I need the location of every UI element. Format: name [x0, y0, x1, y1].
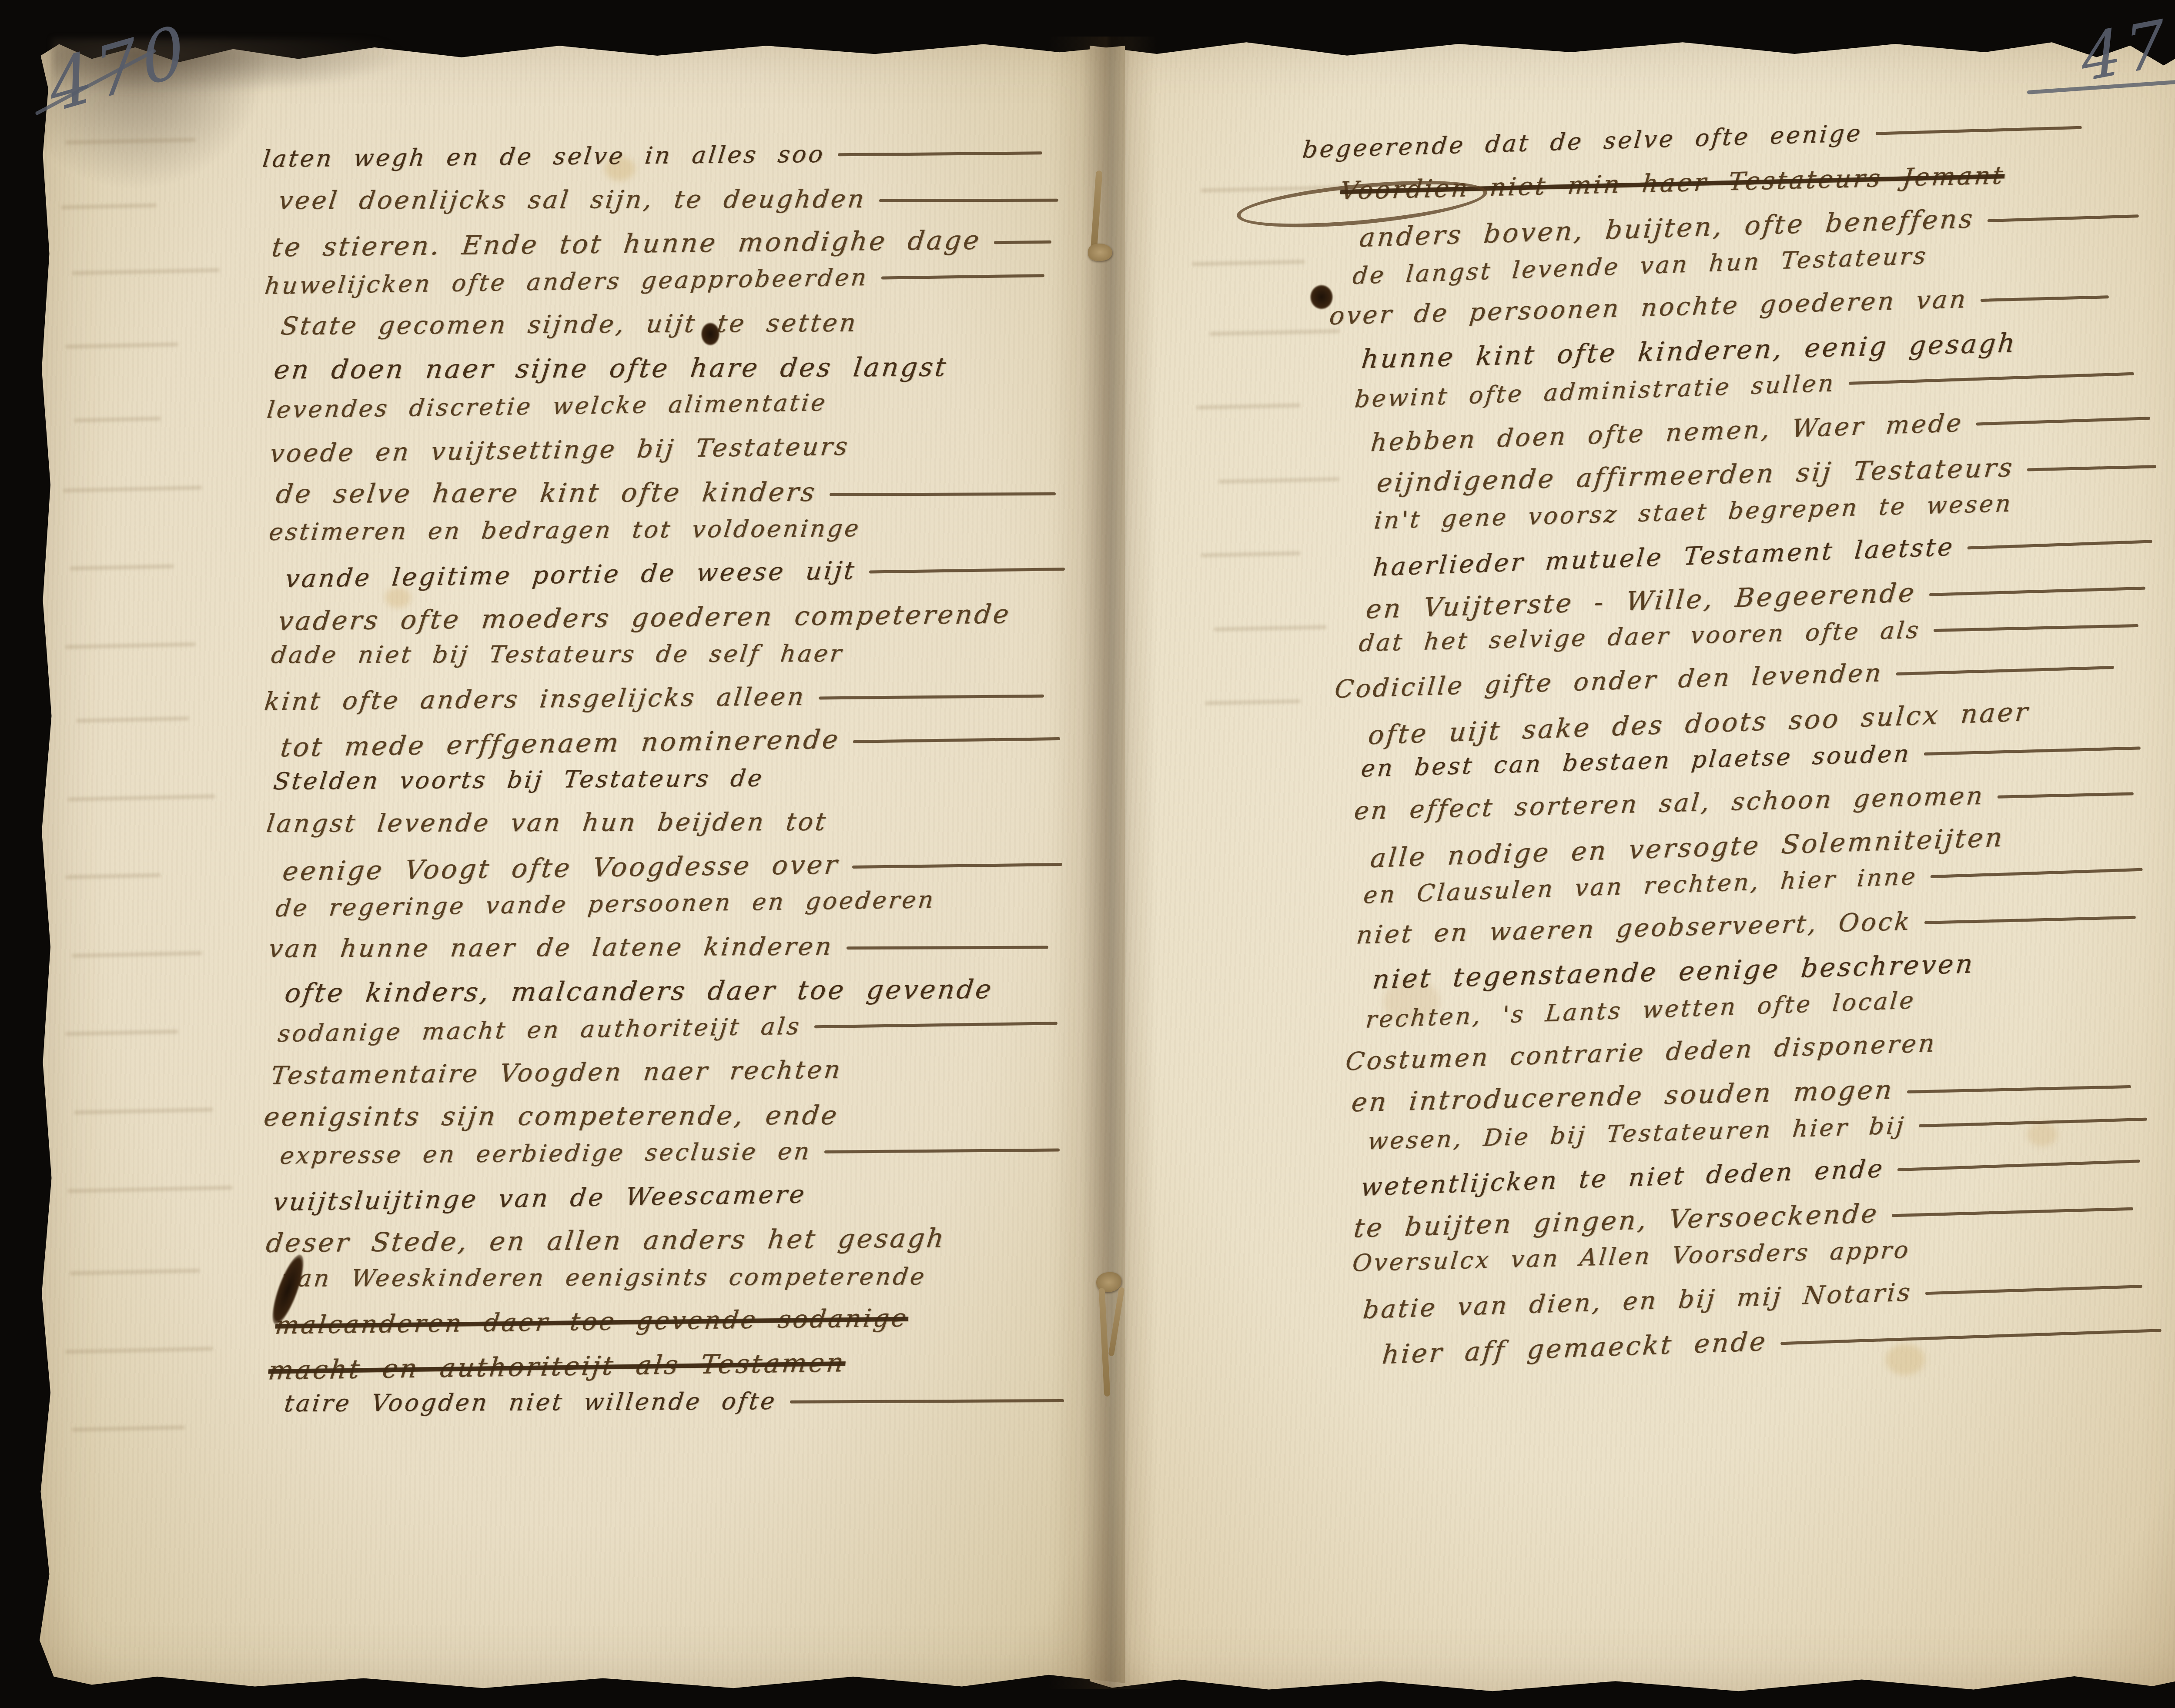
line-filler-dash — [1892, 1207, 2133, 1217]
manuscript-line-text: over de persoonen nochte goederen van — [1328, 285, 1969, 331]
manuscript-spread: 470 471 laten wegh en de selve in alles … — [0, 0, 2175, 1708]
manuscript-line-text: Costumen contrarie deden disponeren — [1344, 1029, 1937, 1076]
manuscript-line: niet en waeren geobserveert, Oock — [1356, 902, 2139, 950]
manuscript-line: Voordien niet min haer Testateurs Jemant — [1340, 158, 2123, 205]
line-filler-dash — [1924, 746, 2141, 755]
line-filler-dash — [1780, 1329, 2162, 1345]
line-filler-dash — [1976, 417, 2150, 425]
manuscript-line: wetentlijcken te niet deden ende — [1360, 1145, 2144, 1202]
manuscript-line-text: en effect sorteren sal, schoon genomen — [1353, 782, 1986, 826]
thread-tail — [1108, 1287, 1125, 1357]
line-filler-dash — [1934, 624, 2138, 632]
manuscript-line-text: te buijten gingen, Versoeckende — [1352, 1198, 1880, 1243]
line-filler-dash — [1981, 295, 2109, 302]
thread-knot — [1088, 244, 1112, 261]
manuscript-line-text: wetentlijcken te niet deden ende — [1360, 1154, 1886, 1202]
thread-tail — [1090, 170, 1102, 254]
manuscript-line-text: Oversulcx van Allen Voorsders appro — [1351, 1236, 1912, 1277]
manuscript-line-text: rechten, 's Lants wetten ofte locale — [1365, 986, 1917, 1033]
manuscript-line-text: hebben doen ofte nemen, Waer mede — [1370, 408, 1965, 457]
manuscript-line-text: en introducerende souden mogen — [1350, 1075, 1895, 1118]
manuscript-line: begeerende dat de selve ofte eenige — [1302, 113, 2085, 163]
manuscript-line: hebben doen ofte nemen, Waer mede — [1370, 402, 2154, 457]
manuscript-line-text: wesen, Die bij Testateuren hier bij — [1366, 1112, 1907, 1155]
manuscript-line-text: hier aff gemaeckt ende — [1381, 1326, 1768, 1370]
manuscript-line: Costumen contrarie deden disponeren — [1345, 1023, 2128, 1076]
line-filler-dash — [1918, 1118, 2147, 1127]
binding-thread-top — [1085, 170, 1116, 271]
manuscript-line-text: Codicille gifte onder den levenden — [1333, 658, 1884, 704]
line-filler-dash — [1897, 1160, 2140, 1171]
line-filler-dash — [1968, 540, 2152, 549]
line-filler-dash — [1998, 792, 2134, 799]
line-filler-dash — [1988, 214, 2139, 222]
binding-thread-bottom — [1096, 1272, 1131, 1403]
manuscript-line-text: in't gene voorsz staet begrepen te wesen — [1373, 489, 2014, 534]
manuscript-line-text: en Vuijterste - Wille, Begeerende — [1365, 578, 1917, 625]
line-filler-dash — [1924, 916, 2136, 924]
line-filler-dash — [1925, 1285, 2142, 1295]
line-filler-dash — [2027, 465, 2156, 471]
line-filler-dash — [1929, 587, 2145, 596]
manuscript-line-text: niet en waeren geobserveert, Oock — [1355, 907, 1913, 950]
manuscript-line: Codicille gifte onder den levenden — [1334, 652, 2118, 704]
manuscript-line: over de persoonen nochte goederen van — [1329, 281, 2112, 331]
manuscript-line: hier aff gemaeckt ende — [1382, 1313, 2165, 1370]
line-filler-dash — [1876, 126, 2082, 135]
line-filler-dash — [1896, 666, 2114, 675]
thread-tail — [1098, 1288, 1110, 1397]
manuscript-line-text: begeerende dat de selve ofte eenige — [1301, 119, 1864, 163]
manuscript-line-text: batie van dien, en bij mij Notaris — [1362, 1278, 1913, 1324]
manuscript-line-text: bewint ofte administratie sullen — [1354, 369, 1837, 413]
manuscript-line-text: eijndigende affirmeerden sij Testateurs — [1375, 452, 2016, 498]
manuscript-line: en effect sorteren sal, schoon genomen — [1354, 778, 2137, 826]
manuscript-line-text: haerlieder mutuele Testament laetste — [1372, 532, 1956, 582]
manuscript-line: batie van dien, en bij mij Notaris — [1362, 1270, 2146, 1324]
line-filler-dash — [1848, 372, 2134, 385]
ink-blot — [701, 323, 719, 345]
ink-blot — [1310, 285, 1333, 309]
line-filler-dash — [1931, 868, 2143, 879]
line-filler-dash — [1907, 1085, 2131, 1093]
